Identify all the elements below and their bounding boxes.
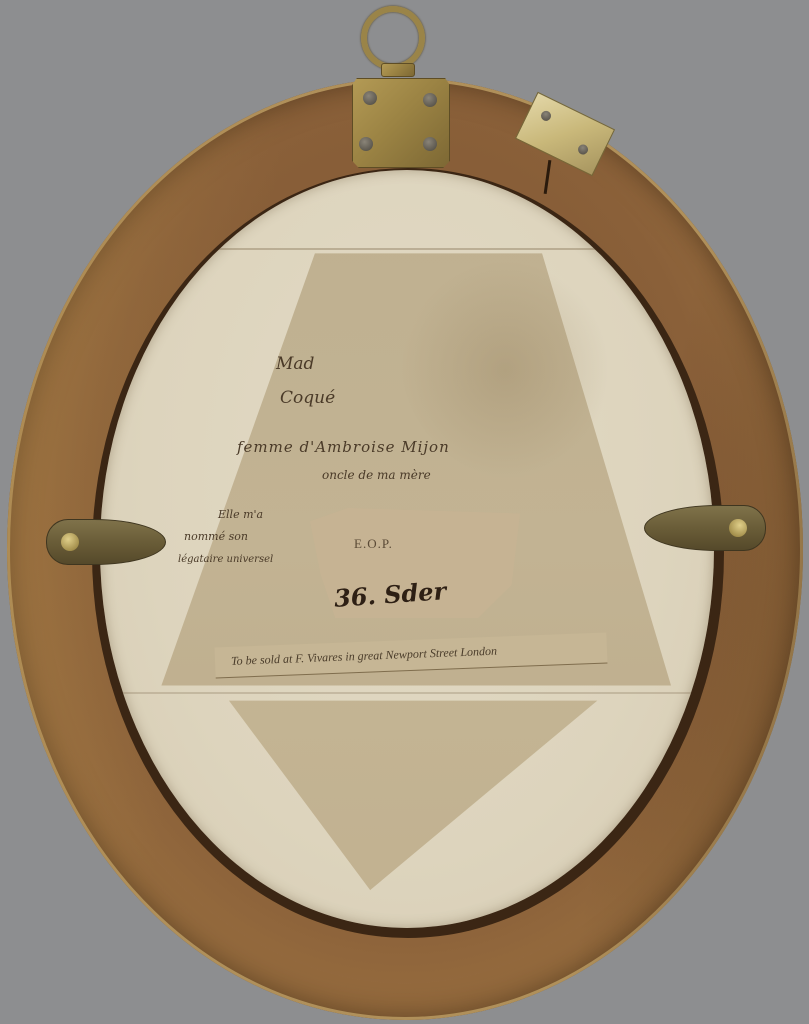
inscription-side-3: légataire universel (178, 554, 273, 565)
rivet-icon (423, 93, 437, 107)
inscription-line-2: Coqué (280, 388, 335, 408)
paper-seam-bottom (100, 692, 714, 694)
rivet-icon (359, 137, 373, 151)
inscription-line-1: Mad (276, 354, 314, 374)
rivet-icon (423, 137, 437, 151)
hanging-ring (361, 6, 425, 70)
inscription-side-1: Elle m'a (218, 508, 263, 521)
rivet-icon (539, 109, 552, 122)
stamp-mark: E.O.P. (354, 536, 393, 552)
screw-icon (729, 519, 747, 537)
inscription-line-3: femme d'Ambroise Mijon (237, 438, 450, 456)
paper-seam-top (100, 248, 714, 250)
ring-loop (381, 63, 415, 77)
rivet-icon (576, 143, 589, 156)
screw-icon (61, 533, 79, 551)
dealer-label-text: To be sold at F. Vivares in great Newpor… (231, 644, 498, 669)
hanger-plate (352, 78, 450, 168)
inscription-line-4: oncle de ma mère (322, 468, 431, 482)
rivet-icon (363, 91, 377, 105)
inscription-side-2: nommé son (184, 530, 248, 543)
paper-backing: Mad Coqué femme d'Ambroise Mijon oncle d… (100, 170, 714, 928)
